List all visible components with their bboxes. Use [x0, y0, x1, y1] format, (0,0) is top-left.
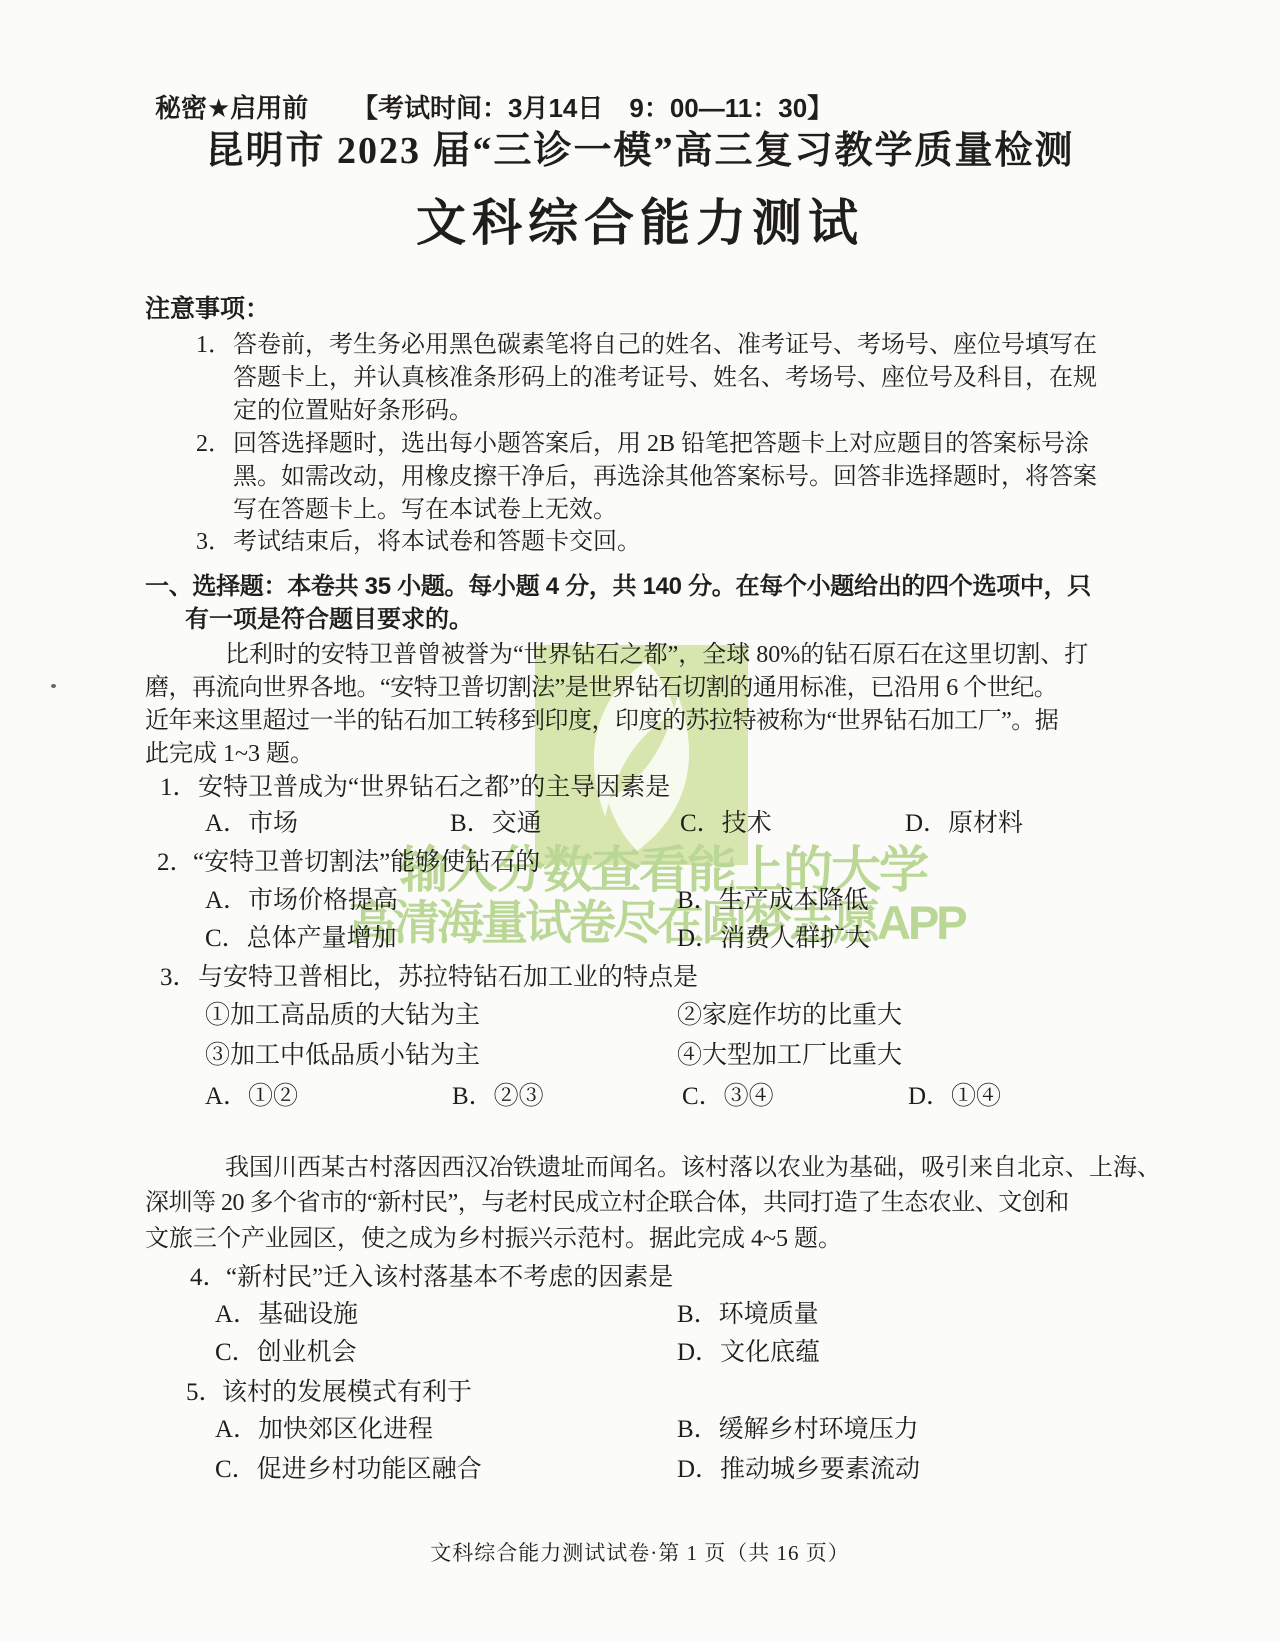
question-1-option-d: D．原材料 — [905, 808, 1023, 839]
page-footer: 文科综合能力测试试卷·第 1 页（共 16 页） — [0, 1540, 1280, 1566]
question-4-number: 4． — [190, 1262, 228, 1293]
question-3-item-3: ③加工中低品质小钻为主 — [205, 1040, 480, 1071]
question-5-option-c: C．促进乡村功能区融合 — [215, 1454, 482, 1485]
question-2-number: 2． — [157, 847, 195, 878]
passage-1-line-4: 此完成 1~3 题。 — [145, 739, 314, 769]
question-1-option-a: A．市场 — [205, 808, 298, 839]
question-4-stem: “新村民”迁入该村落基本不考虑的因素是 — [226, 1262, 673, 1293]
question-1-number: 1． — [160, 772, 198, 803]
section-heading-line-1: 一、选择题：本卷共 35 小题。每小题 4 分，共 140 分。在每个小题给出的… — [145, 572, 1091, 602]
question-3-stem: 与安特卫普相比，苏拉特钻石加工业的特点是 — [198, 962, 698, 993]
question-2-option-c: C．总体产量增加 — [205, 923, 397, 954]
question-4-option-b: B．环境质量 — [677, 1299, 819, 1330]
notice-item-2-line-2: 黑。如需改动，用橡皮擦干净后，再选涂其他答案标号。回答非选择题时，将答案 — [233, 462, 1097, 492]
question-5-stem: 该村的发展模式有利于 — [222, 1377, 472, 1408]
notice-item-3-num: 3． — [196, 527, 232, 557]
passage-1-line-2: 磨，再流向世界各地。“安特卫普切割法”是世界钻石切割的通用标准，已沿用 6 个世… — [145, 673, 1057, 703]
question-1-option-b: B．交通 — [450, 808, 542, 839]
question-3-item-1: ①加工高品质的大钻为主 — [205, 1000, 480, 1031]
question-3-number: 3． — [160, 962, 198, 993]
passage-1-line-3: 近年来这里超过一半的钻石加工转移到印度，印度的苏拉特被称为“世界钻石加工厂”。据 — [145, 706, 1058, 736]
exam-title: 昆明市 2023 届“三诊一模”高三复习教学质量检测 — [0, 128, 1280, 176]
question-3-option-c: C．③④ — [682, 1081, 774, 1112]
question-3-option-b: B．②③ — [452, 1081, 544, 1112]
question-5-option-a: A．加快郊区化进程 — [215, 1414, 433, 1445]
question-4-option-c: C．创业机会 — [215, 1337, 357, 1368]
question-3-item-4: ④大型加工厂比重大 — [677, 1040, 902, 1071]
notice-item-1-line-1: 答卷前，考生务必用黑色碳素笔将自己的姓名、准考证号、考场号、座位号填写在 — [233, 330, 1097, 360]
question-5-number: 5． — [186, 1377, 224, 1408]
question-2-option-b: B．生产成本降低 — [677, 885, 869, 916]
question-2-stem: “安特卫普切割法”能够使钻石的 — [193, 847, 540, 878]
subject-title: 文科综合能力测试 — [0, 192, 1280, 255]
question-5-option-b: B．缓解乡村环境压力 — [677, 1414, 919, 1445]
question-5-option-d: D．推动城乡要素流动 — [677, 1454, 920, 1485]
exam-time-label: 【考试时间：3月14日 9：00—11：30】 — [352, 92, 833, 125]
scan-speck — [51, 684, 56, 688]
notice-item-1-num: 1． — [196, 330, 232, 360]
notice-item-1-line-3: 定的位置贴好条形码。 — [233, 396, 473, 426]
passage-2-line-1: 我国川西某古村落因西汉冶铁遗址而闻名。该村落以农业为基础，吸引来自北京、上海、 — [225, 1153, 1161, 1183]
notice-item-2-line-1: 回答选择题时，选出每小题答案后，用 2B 铅笔把答题卡上对应题目的答案标号涂 — [233, 429, 1089, 459]
exam-page: 输入分数查看能上的大学 高清海量试卷尽在圆梦志愿APP 秘密★启用前 【考试时间… — [0, 0, 1280, 1642]
question-3-item-2: ②家庭作坊的比重大 — [677, 1000, 902, 1031]
passage-2-line-3: 文旅三个产业园区，使之成为乡村振兴示范村。据此完成 4~5 题。 — [145, 1224, 842, 1254]
question-2-option-a: A．市场价格提高 — [205, 885, 398, 916]
notice-item-2-line-3: 写在答题卡上。写在本试卷上无效。 — [233, 495, 617, 525]
question-3-option-a: A．①② — [205, 1081, 298, 1112]
notice-item-1-line-2: 答题卡上，并认真核准条形码上的准考证号、姓名、考场号、座位号及科目，在规 — [233, 363, 1097, 393]
notice-heading: 注意事项： — [145, 294, 270, 325]
question-3-option-d: D．①④ — [908, 1081, 1001, 1112]
notice-item-2-num: 2． — [196, 429, 232, 459]
question-4-option-d: D．文化底蕴 — [677, 1337, 820, 1368]
question-1-option-c: C．技术 — [680, 808, 772, 839]
question-1-stem: 安特卫普成为“世界钻石之都”的主导因素是 — [198, 772, 670, 803]
question-4-option-a: A．基础设施 — [215, 1299, 358, 1330]
passage-2-line-2: 深圳等 20 多个省市的“新村民”，与老村民成立村企联合体，共同打造了生态农业、… — [145, 1188, 1069, 1218]
watermark-text-line2: 高清海量试卷尽在圆梦志愿APP — [349, 886, 965, 953]
section-heading-line-2: 有一项是符合题目要求的。 — [185, 605, 473, 635]
classification-label: 秘密★启用前 — [155, 92, 308, 125]
notice-item-3-line-1: 考试结束后，将本试卷和答题卡交回。 — [233, 527, 641, 557]
question-2-option-d: D．消费人群扩大 — [677, 923, 870, 954]
passage-1-line-1: 比利时的安特卫普曾被誉为“世界钻石之都”，全球 80%的钻石原石在这里切割、打 — [225, 640, 1088, 670]
